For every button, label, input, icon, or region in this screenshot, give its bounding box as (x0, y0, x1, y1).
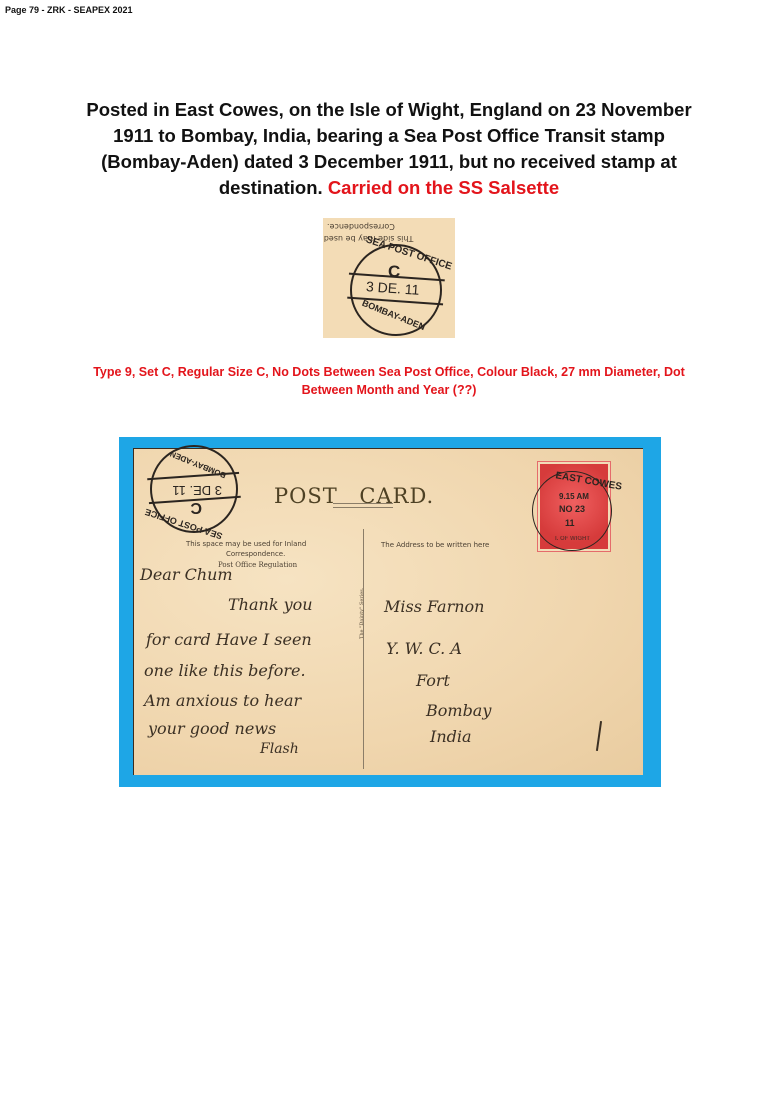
upside-down-text-2: Correspondence. (327, 222, 395, 231)
address-line-1: Miss Farnon (384, 597, 484, 616)
origin-time: 9.15 AM (559, 492, 589, 501)
message-line-2: Thank you (228, 595, 313, 614)
left-note-1: This space may be used for Inland (186, 540, 306, 548)
page-title: Posted in East Cowes, on the Isle of Wig… (70, 97, 708, 201)
sea-post-office-cancel: SEA POST OFFICE C 3 DE. 11 BOMBAY-ADEN (350, 244, 442, 336)
cancel-detail-image: Correspondence. This side may be used fo… (323, 218, 455, 338)
message-signature: Flash (260, 741, 299, 757)
origin-date: NO 23 (559, 504, 585, 514)
page-header: Page 79 - ZRK - SEAPEX 2021 (5, 5, 133, 15)
cancel-caption: Type 9, Set C, Regular Size C, No Dots B… (90, 363, 688, 399)
message-line-6: your good news (148, 719, 276, 738)
message-line-4: one like this before. (144, 661, 306, 680)
right-note: The Address to be written here (381, 541, 489, 549)
message-line-3: for card Have I seen (146, 630, 312, 649)
origin-year: 11 (565, 518, 575, 528)
address-line-4: Bombay (426, 701, 491, 720)
address-line-3: Fort (416, 671, 450, 690)
postcard-cancel-date: 3 DE. 11 (172, 483, 222, 498)
message-line-5: Am anxious to hear (144, 691, 301, 710)
postcard-cancel-letter: C (190, 498, 202, 516)
origin-bottom: I. OF WIGHT (555, 536, 590, 542)
series-text: The "Dainty" Series. (359, 588, 365, 639)
vertical-divider (363, 529, 364, 769)
pencil-mark (596, 721, 602, 751)
address-line-5: India (430, 727, 472, 746)
postcard-sea-post-cancel: SEA POST OFFICE C 3 DE. 11 BOMBAY-ADEN (150, 445, 238, 533)
title-highlight: Carried on the SS Salsette (328, 177, 559, 198)
address-line-2: Y. W. C. A (386, 639, 462, 658)
postcard-cancel-ring-top: SEA POST OFFICE (144, 507, 224, 541)
message-line-1: Dear Chum (140, 565, 233, 584)
postcard-image: SEA POST OFFICE C 3 DE. 11 BOMBAY-ADEN P… (133, 448, 643, 775)
postcard-frame: SEA POST OFFICE C 3 DE. 11 BOMBAY-ADEN P… (119, 437, 661, 787)
heading-divider (333, 503, 393, 508)
left-note-2: Correspondence. (226, 550, 285, 558)
origin-postmark: EAST COWES 9.15 AM NO 23 11 I. OF WIGHT (532, 471, 612, 551)
